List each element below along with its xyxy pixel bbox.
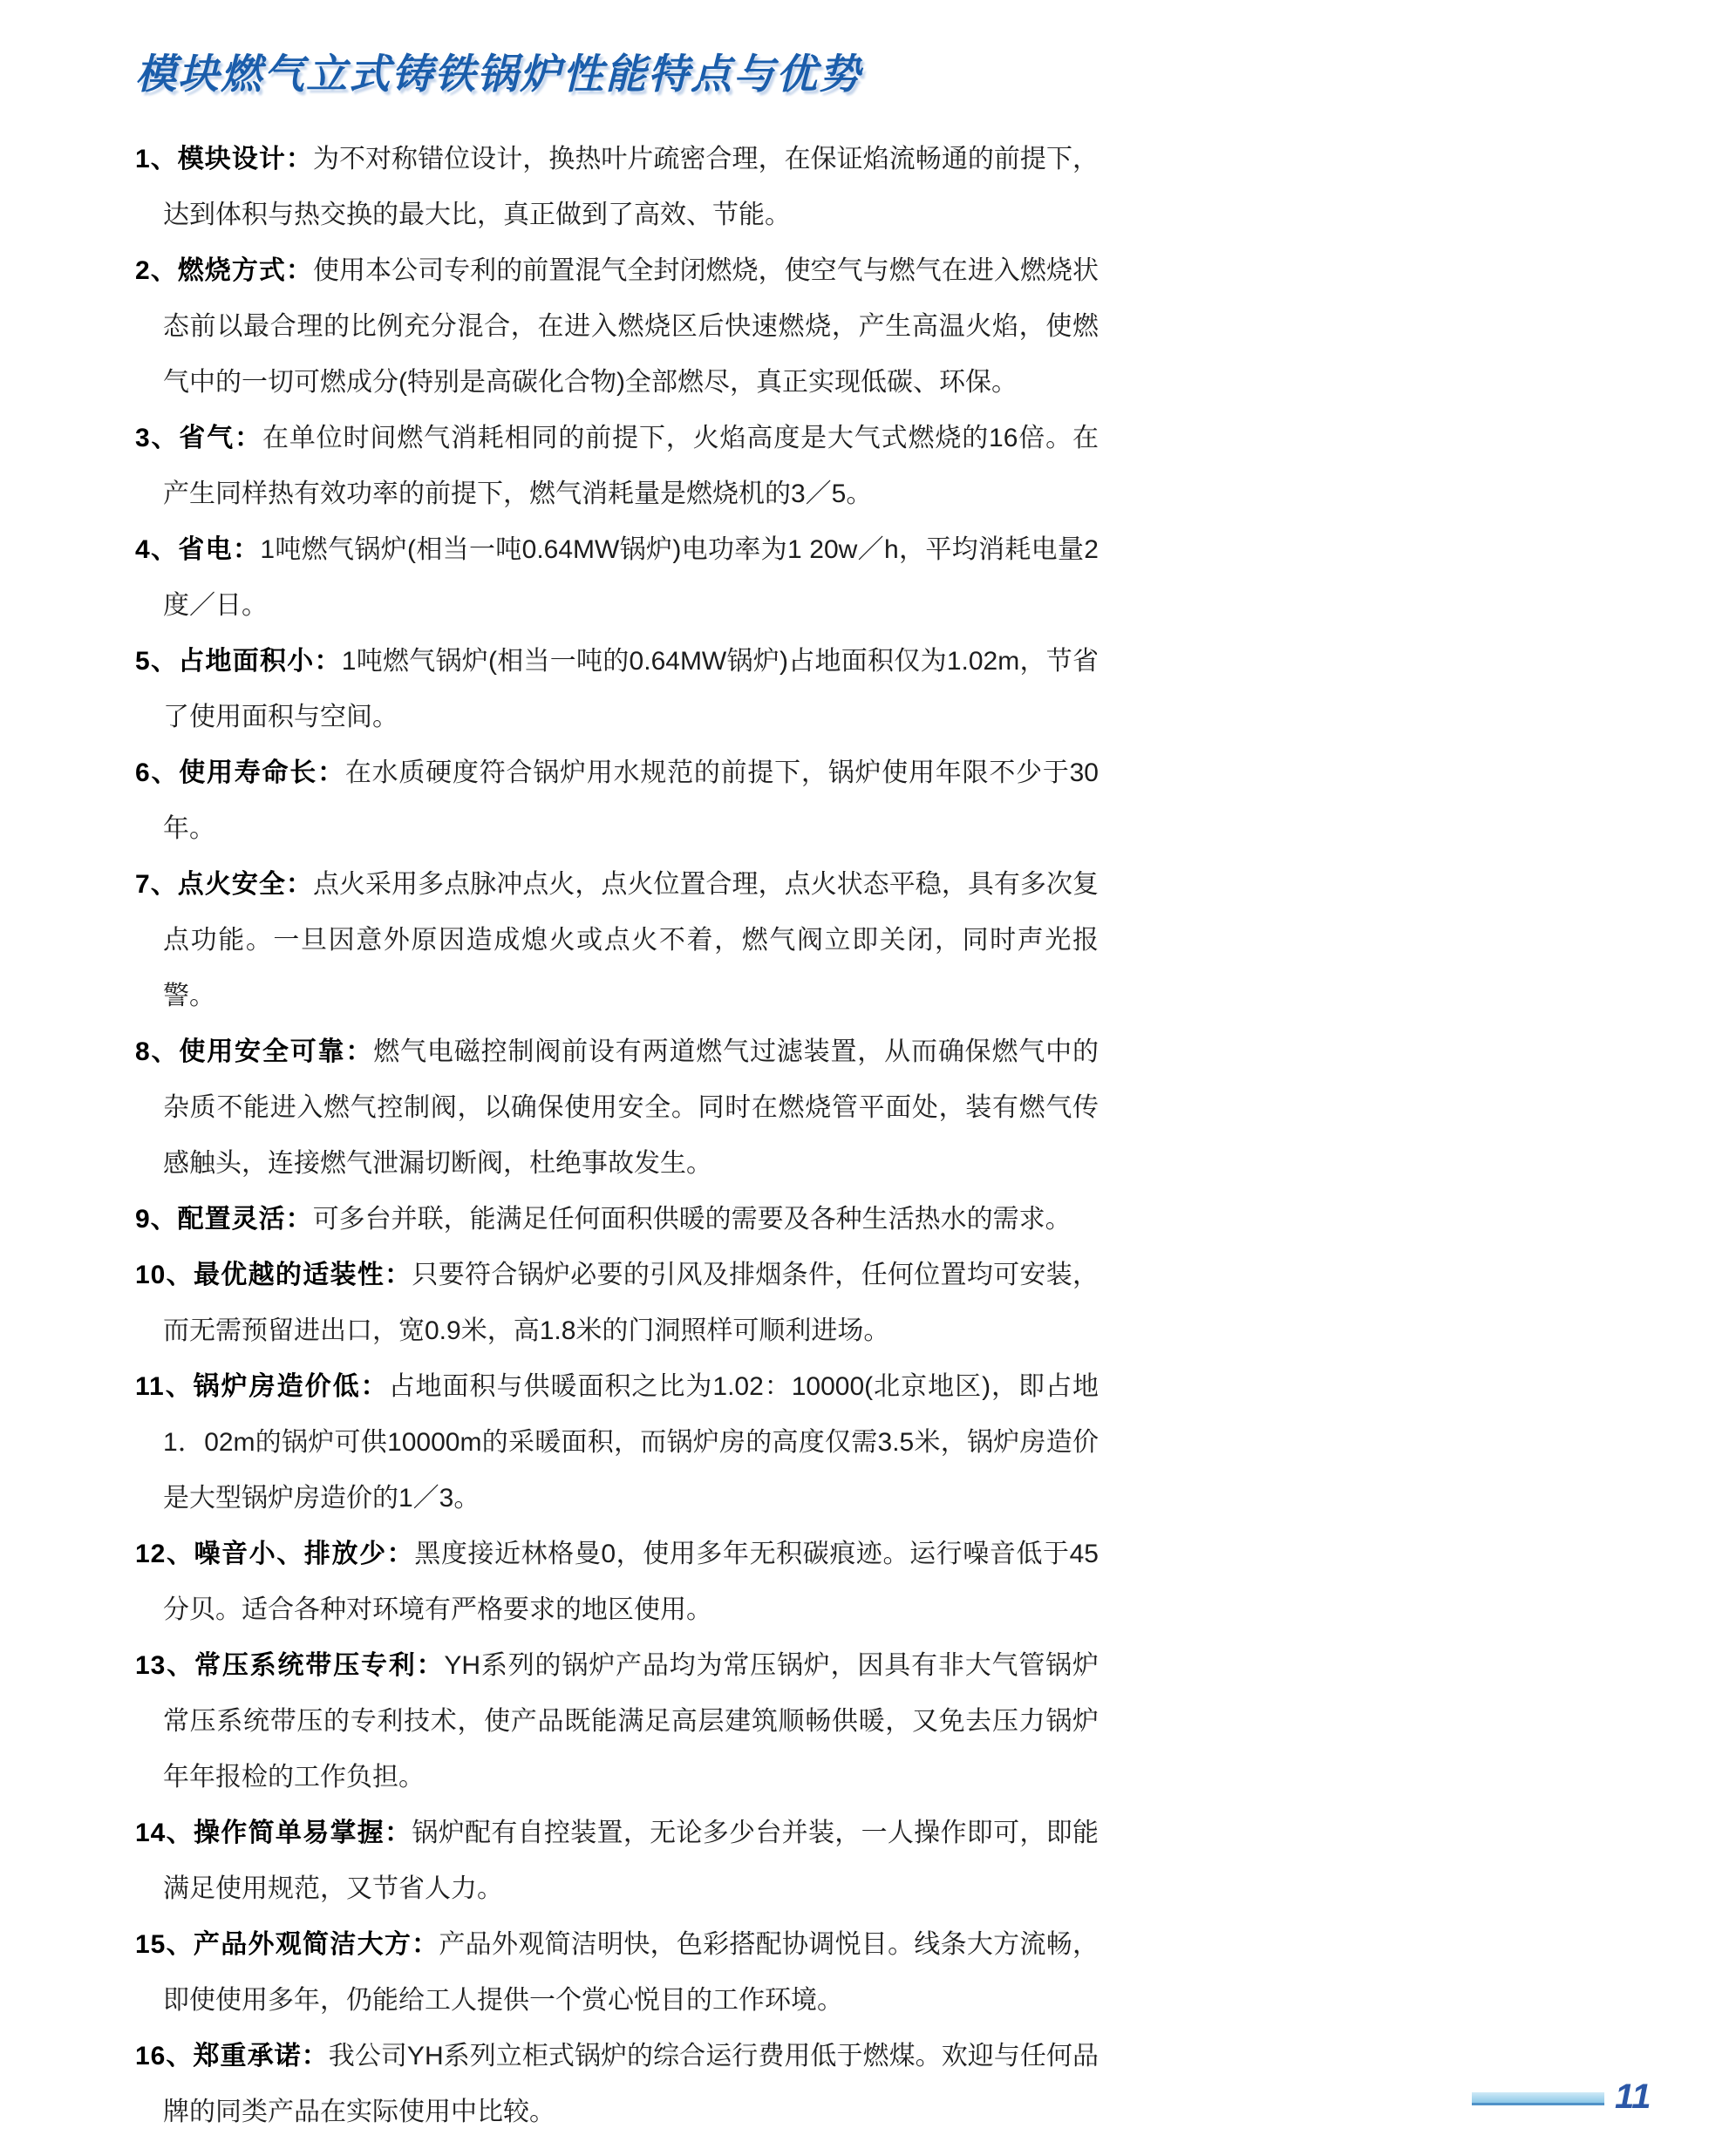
feature-item-14: 14、操作简单易掌握：锅炉配有自控装置，无论多少台并装，一人操作即可，即能满足使… bbox=[135, 1805, 1099, 1917]
feature-item-label: 13、常压系统带压专利： bbox=[135, 1651, 444, 1680]
feature-item-2: 2、燃烧方式：使用本公司专利的前置混气全封闭燃烧，使空气与燃气在进入燃烧状态前以… bbox=[135, 243, 1099, 411]
page-title: 模块燃气立式铸铁锅炉性能特点与优势 bbox=[135, 42, 1099, 100]
feature-item-label: 14、操作简单易掌握： bbox=[135, 1819, 412, 1847]
feature-item-4: 4、省电：1吨燃气锅炉(相当一吨0.64MW锅炉)电功率为1 20w／h，平均消… bbox=[135, 522, 1099, 634]
feature-item-6: 6、使用寿命长：在水质硬度符合锅炉用水规范的前提下，锅炉使用年限不少于30年。 bbox=[135, 745, 1099, 857]
page-number: 11 bbox=[1615, 2077, 1651, 2117]
feature-item-label: 9、配置灵活： bbox=[135, 1205, 313, 1234]
feature-item-label: 3、省气： bbox=[135, 424, 262, 452]
feature-item-8: 8、使用安全可靠：燃气电磁控制阀前设有两道燃气过滤装置，从而确保燃气中的杂质不能… bbox=[135, 1024, 1099, 1192]
feature-item-text: 可多台并联，能满足任何面积供暖的需要及各种生活热水的需求。 bbox=[313, 1205, 1072, 1234]
feature-item-label: 7、点火安全： bbox=[135, 870, 313, 899]
feature-item-15: 15、产品外观简洁大方：产品外观简洁明快，色彩搭配协调悦目。线条大方流畅，即使使… bbox=[135, 1917, 1099, 2029]
feature-item-label: 16、郑重承诺： bbox=[135, 2042, 329, 2071]
feature-item-13: 13、常压系统带压专利：YH系列的锅炉产品均为常压锅炉，因具有非大气管锅炉常压系… bbox=[135, 1638, 1099, 1805]
feature-item-label: 15、产品外观简洁大方： bbox=[135, 1930, 439, 1959]
feature-item-9: 9、配置灵活：可多台并联，能满足任何面积供暖的需要及各种生活热水的需求。 bbox=[135, 1192, 1099, 1248]
feature-item-label: 2、燃烧方式： bbox=[135, 256, 313, 285]
feature-item-text: 1吨燃气锅炉(相当一吨0.64MW锅炉)电功率为1 20w／h，平均消耗电量2度… bbox=[163, 535, 1099, 620]
footer-accent-bar bbox=[1472, 2092, 1604, 2105]
feature-item-16: 16、郑重承诺：我公司YH系列立柜式锅炉的综合运行费用低于燃煤。欢迎与任何品牌的… bbox=[135, 2029, 1099, 2140]
feature-item-12: 12、噪音小、排放少：黑度接近林格曼0，使用多年无积碳痕迹。运行噪音低于45分贝… bbox=[135, 1527, 1099, 1638]
feature-item-3: 3、省气：在单位时间燃气消耗相同的前提下，火焰高度是大气式燃烧的16倍。在产生同… bbox=[135, 411, 1099, 522]
document-body: 模块燃气立式铸铁锅炉性能特点与优势 1、模块设计：为不对称错位设计，换热叶片疏密… bbox=[135, 42, 1099, 2140]
feature-item-label: 6、使用寿命长： bbox=[135, 758, 345, 787]
feature-item-10: 10、最优越的适装性：只要符合锅炉必要的引风及排烟条件，任何位置均可安装，而无需… bbox=[135, 1248, 1099, 1359]
feature-item-label: 10、最优越的适装性： bbox=[135, 1261, 412, 1289]
feature-item-label: 11、锅炉房造价低： bbox=[135, 1372, 389, 1401]
feature-item-label: 8、使用安全可靠： bbox=[135, 1037, 373, 1066]
feature-item-7: 7、点火安全：点火采用多点脉冲点火，点火位置合理，点火状态平稳，具有多次复点功能… bbox=[135, 857, 1099, 1024]
feature-item-5: 5、占地面积小：1吨燃气锅炉(相当一吨的0.64MW锅炉)占地面积仅为1.02m… bbox=[135, 634, 1099, 745]
feature-item-label: 12、噪音小、排放少： bbox=[135, 1540, 414, 1568]
feature-item-label: 1、模块设计： bbox=[135, 145, 313, 173]
feature-item-11: 11、锅炉房造价低：占地面积与供暖面积之比为1.02：10000(北京地区)，即… bbox=[135, 1359, 1099, 1527]
feature-item-label: 4、省电： bbox=[135, 535, 260, 564]
feature-item-text: 在单位时间燃气消耗相同的前提下，火焰高度是大气式燃烧的16倍。在产生同样热有效功… bbox=[163, 424, 1099, 508]
feature-item-1: 1、模块设计：为不对称错位设计，换热叶片疏密合理，在保证焰流畅通的前提下，达到体… bbox=[135, 132, 1099, 243]
feature-item-label: 5、占地面积小： bbox=[135, 647, 342, 676]
